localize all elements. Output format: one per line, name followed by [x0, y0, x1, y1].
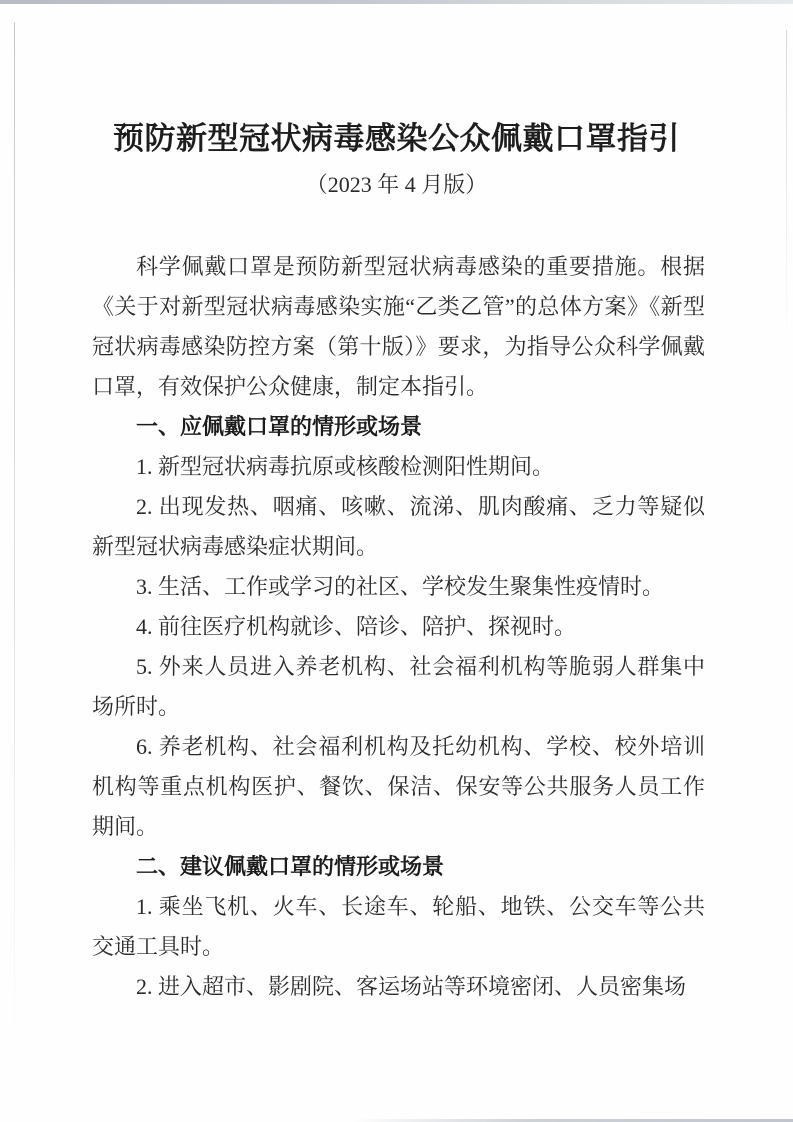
intro-paragraph: 科学佩戴口罩是预防新型冠状病毒感染的重要措施。根据《关于对新型冠状病毒感染实施“… — [92, 247, 705, 407]
document-subtitle: （2023 年 4 月版） — [0, 169, 793, 201]
section1-item-3: 3. 生活、工作或学习的社区、学校发生聚集性疫情时。 — [92, 567, 705, 607]
section-heading-should-wear: 一、应佩戴口罩的情形或场景 — [92, 407, 705, 447]
section1-item-5: 5. 外来人员进入养老机构、社会福利机构等脆弱人群集中场所时。 — [92, 647, 705, 727]
section1-item-2: 2. 出现发热、咽痛、咳嗽、流涕、肌肉酸痛、乏力等疑似新型冠状病毒感染症状期间。 — [92, 487, 705, 567]
scan-artifact-top-edge — [0, 0, 793, 4]
section1-item-4: 4. 前往医疗机构就诊、陪诊、陪护、探视时。 — [92, 607, 705, 647]
section2-item-1: 1. 乘坐飞机、火车、长途车、轮船、地铁、公交车等公共交通工具时。 — [92, 887, 705, 967]
document-body: 科学佩戴口罩是预防新型冠状病毒感染的重要措施。根据《关于对新型冠状病毒感染实施“… — [0, 247, 793, 1007]
scan-artifact-right-edge — [786, 30, 787, 350]
section1-item-1: 1. 新型冠状病毒抗原或核酸检测阳性期间。 — [92, 447, 705, 487]
section-heading-suggested-wear: 二、建议佩戴口罩的情形或场景 — [92, 847, 705, 887]
section1-item-6: 6. 养老机构、社会福利机构及托幼机构、学校、校外培训机构等重点机构医护、餐饮、… — [92, 727, 705, 847]
scanned-document-page: 预防新型冠状病毒感染公众佩戴口罩指引 （2023 年 4 月版） 科学佩戴口罩是… — [0, 0, 793, 1122]
scan-artifact-left-edge — [14, 22, 15, 1062]
document-title: 预防新型冠状病毒感染公众佩戴口罩指引 — [60, 116, 733, 162]
section2-item-2-truncated: 2. 进入超市、影剧院、客运场站等环境密闭、人员密集场 — [92, 967, 705, 1007]
